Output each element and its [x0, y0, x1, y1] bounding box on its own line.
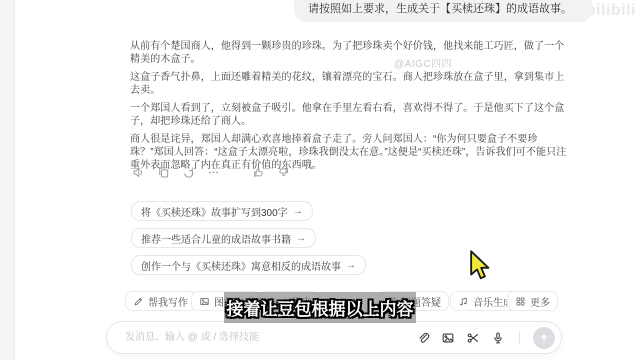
image-icon — [199, 296, 210, 307]
user-message-text: 请按照如上要求，生成关于【买椟还珠】的成语故事。 — [308, 0, 572, 16]
assistant-paragraph: 一个郑国人看到了，立刻被盒子吸引。他拿在手里左看右看，喜欢得不得了。于是他买下了… — [130, 102, 567, 128]
paperclip-icon[interactable] — [415, 330, 431, 346]
skill-chip-label: 更多 — [530, 294, 550, 309]
suggestion-chip-opposite-story[interactable]: 创作一个与《买椟还珠》寓意相反的成语故事 → — [131, 255, 366, 275]
input-icon-group — [415, 327, 555, 349]
sidebar-edge — [0, 0, 15, 360]
video-subtitle: 接着让豆包根据以上内容 — [224, 292, 416, 323]
grid-icon — [515, 296, 526, 307]
bilibili-watermark: bilibili — [586, 2, 636, 20]
message-input-bar — [106, 321, 562, 354]
image-upload-icon[interactable] — [440, 330, 456, 346]
speaker-icon[interactable] — [131, 165, 146, 180]
copy-icon[interactable] — [156, 165, 171, 180]
music-icon — [458, 296, 469, 307]
creator-watermark: @AIGC四四 — [394, 55, 452, 70]
skill-chip-writing[interactable]: 帮我写作 — [125, 291, 196, 311]
microphone-icon[interactable] — [490, 330, 506, 346]
regenerate-icon[interactable] — [181, 165, 196, 180]
suggestion-chip-recommend-books[interactable]: 推荐一些适合儿童的成语故事书籍 → — [131, 228, 316, 248]
arrow-right-icon: → — [293, 206, 303, 217]
skill-chip-more[interactable]: 更多 — [507, 291, 558, 311]
suggestion-chip-expand-story[interactable]: 将《买椟还珠》故事扩写到300字 → — [131, 201, 313, 221]
message-action-bar — [131, 165, 291, 180]
arrow-right-icon: → — [296, 233, 306, 244]
video-subtitle-text: 接着让豆包根据以上内容 — [227, 295, 414, 320]
mouse-cursor — [468, 250, 494, 282]
user-message-bubble: 请按照如上要求，生成关于【买椟还珠】的成语故事。 — [294, 0, 592, 22]
skill-chip-label: 帮我写作 — [148, 294, 188, 309]
pen-icon — [133, 296, 144, 307]
suggestion-label: 将《买椟还珠》故事扩写到300字 — [141, 204, 288, 219]
thumbs-down-icon[interactable] — [276, 165, 291, 180]
suggestion-label: 推荐一些适合儿童的成语故事书籍 — [141, 231, 291, 246]
message-input[interactable] — [123, 331, 415, 344]
assistant-paragraph: 从前有个楚国商人，他得到一颗珍贵的珍珠。为了把珍珠卖个好价钱，他找来能工巧匠，做… — [130, 40, 567, 66]
input-divider — [519, 331, 520, 345]
send-button[interactable] — [533, 327, 555, 349]
assistant-message: 从前有个楚国商人，他得到一颗珍贵的珍珠。为了把珍珠卖个好价钱，他找来能工巧匠，做… — [130, 40, 567, 177]
screenshot-scissors-icon[interactable] — [465, 330, 481, 346]
thumbs-up-icon[interactable] — [251, 165, 266, 180]
assistant-paragraph: 这盒子香气扑鼻，上面还雕着精美的花纹，镶着漂亮的宝石。商人把珍珠放在盒子里，拿到… — [130, 71, 567, 97]
suggestion-label: 创作一个与《买椟还珠》寓意相反的成语故事 — [141, 258, 341, 273]
more-icon[interactable] — [206, 165, 221, 180]
arrow-right-icon: → — [346, 260, 356, 271]
send-arrow-icon — [538, 332, 550, 344]
